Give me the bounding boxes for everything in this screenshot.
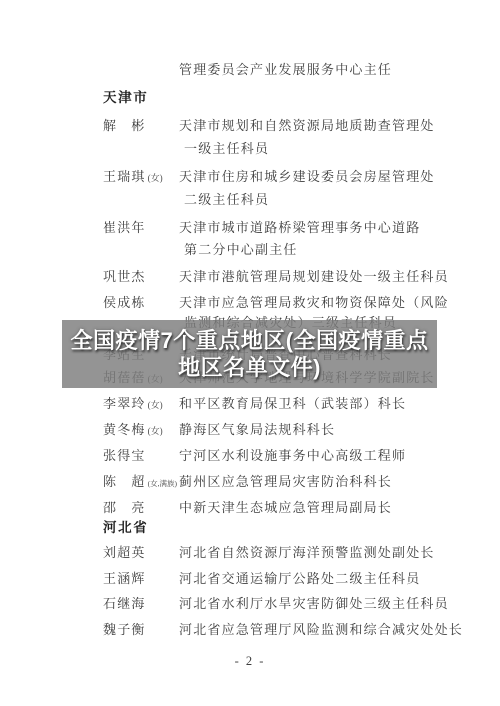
person-name: 黄冬梅(女) — [103, 422, 163, 439]
position-title: 天津市规划和自然资源局地质勘查管理处 — [179, 118, 435, 134]
person-name: 王瑞琪(女) — [103, 169, 163, 186]
position-title: 宁河区水利设施事务中心高级工程师 — [179, 448, 406, 464]
person-name: 邵 亮 — [103, 500, 146, 516]
position-title: 河北省自然资源厅海洋预警监测处副处长 — [179, 545, 435, 561]
position-title-continuation: 二级主任科员 — [184, 192, 269, 208]
province-name: 河北省 — [103, 520, 148, 536]
page-number: - 2 - — [0, 654, 500, 669]
person-name: 陈 超(女,满族) — [103, 474, 177, 492]
person-name: 魏子衡 — [103, 622, 146, 638]
position-title: 蓟州区应急管理局灾害防治科科长 — [179, 474, 392, 490]
position-title: 河北省交通运输厅公路处二级主任科员 — [179, 571, 420, 587]
position-title: 天津市住房和城乡建设委员会房屋管理处 — [179, 169, 435, 185]
person-name: 巩世杰 — [103, 269, 146, 285]
person-name: 王涵辉 — [103, 571, 146, 587]
position-title: 静海区气象局法规科科长 — [179, 422, 335, 438]
province-name: 天津市 — [103, 90, 148, 106]
person-name: 侯成栋 — [103, 295, 146, 311]
gender-ethnicity-note: (女) — [148, 400, 163, 410]
title-overlay-banner: 全国疫情7个重点地区(全国疫情重点 地区名单文件) — [62, 320, 437, 388]
position-title: 天津市城市道路桥梁管理事务中心道路 — [179, 220, 420, 236]
person-name: 崔洪年 — [103, 220, 146, 236]
gender-ethnicity-note: (女) — [148, 173, 163, 183]
position-title: 天津市港航管理局规划建设处一级主任科员 — [179, 269, 449, 285]
gender-ethnicity-note: (女,满族) — [148, 479, 177, 488]
person-name: 石继海 — [103, 596, 146, 612]
position-title: 天津市应急管理局救灾和物资保障处（风险 — [179, 295, 449, 311]
position-title: 河北省应急管理厅风险监测和综合减灾处处长 — [179, 622, 463, 638]
gender-ethnicity-note: (女) — [148, 426, 163, 436]
person-name: 解 彬 — [103, 118, 146, 134]
overlay-title-line-2: 地区名单文件) — [178, 354, 321, 381]
person-name: 刘超英 — [103, 545, 146, 561]
position-title: 中新天津生态城应急管理局副局长 — [179, 500, 392, 516]
position-title-continuation: 第二分中心副主任 — [184, 242, 298, 258]
person-name: 张得宝 — [103, 448, 146, 464]
position-title-continuation: 一级主任科员 — [184, 141, 269, 157]
person-name: 李翠玲(女) — [103, 396, 163, 413]
position-title: 河北省水利厅水旱灾害防御处三级主任科员 — [179, 596, 449, 612]
position-title-continuation: 管理委员会产业发展服务中心主任 — [179, 62, 392, 78]
overlay-title-line-1: 全国疫情7个重点地区(全国疫情重点 — [70, 327, 428, 354]
position-title: 和平区教育局保卫科（武装部）科长 — [179, 396, 406, 412]
